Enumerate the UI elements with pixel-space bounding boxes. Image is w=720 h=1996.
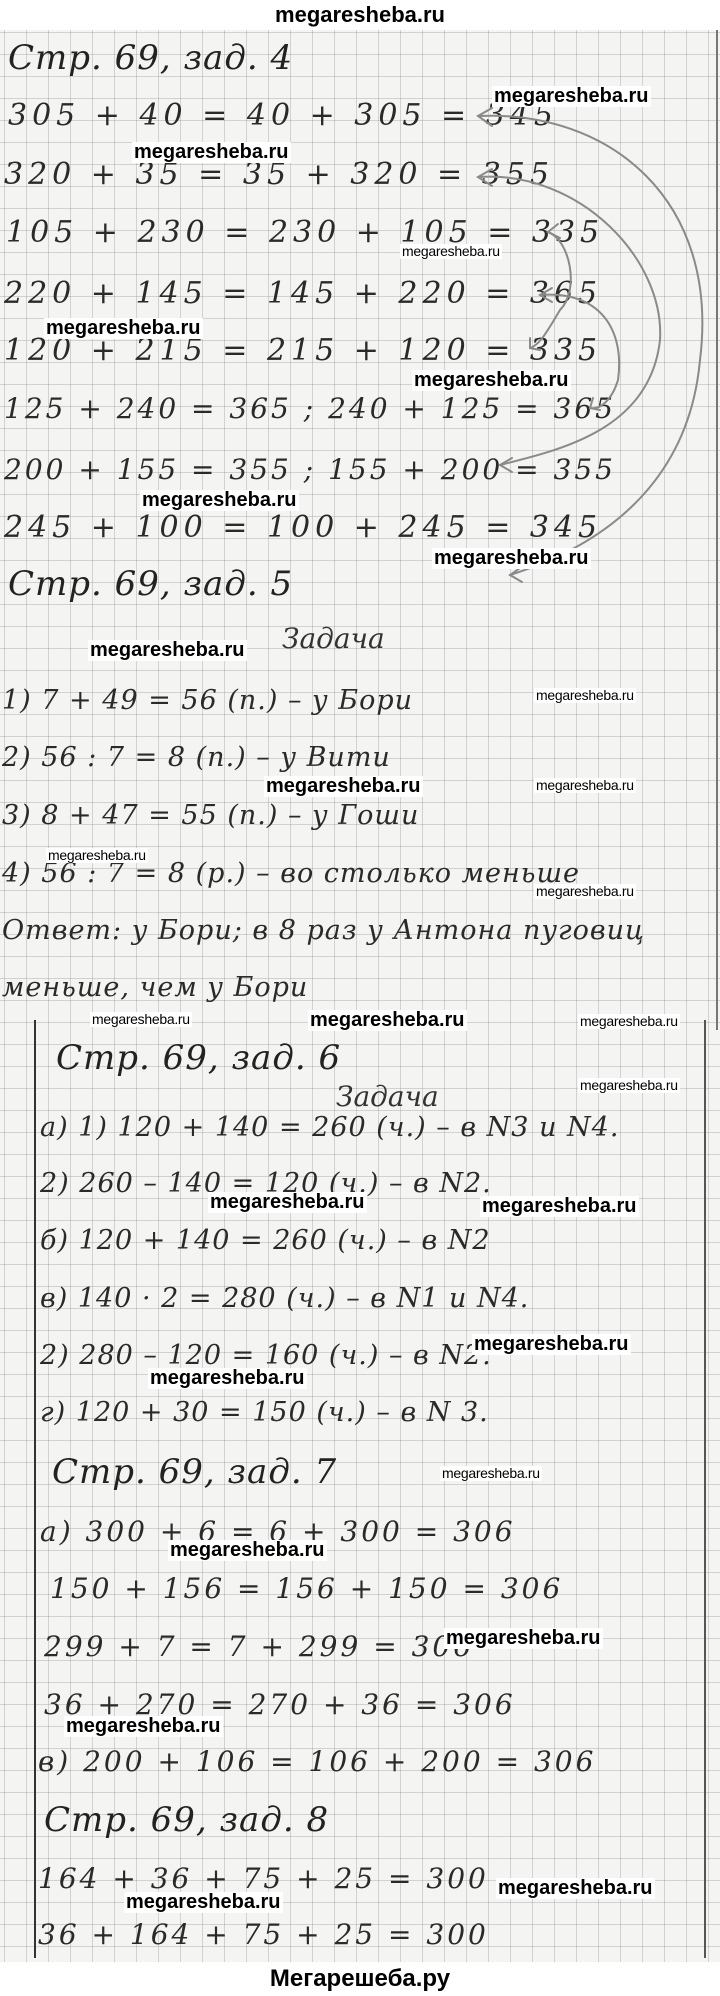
watermark: megaresheba.ru [308, 1010, 467, 1031]
watermark: megaresheba.ru [44, 318, 203, 339]
watermark: megaresheba.ru [64, 1716, 223, 1737]
watermark: megaresheba.ru [124, 1892, 283, 1913]
watermark: megaresheba.ru [46, 848, 148, 863]
watermark: megaresheba.ru [168, 1540, 327, 1561]
task8-heading: Стр. 69, зад. 8 [44, 1800, 329, 1840]
task6-step: б) 120 + 140 = 260 (ч.) – в N2 [40, 1225, 491, 1256]
watermark: megaresheba.ru [208, 1192, 367, 1213]
task5-heading: Стр. 69, зад. 5 [8, 564, 293, 604]
task5-step: 2) 56 : 7 = 8 (п.) – у Вити [2, 742, 391, 773]
watermark: megaresheba.ru [472, 1334, 631, 1355]
task7-heading: Стр. 69, зад. 7 [52, 1452, 337, 1492]
task8-line: 36 + 164 + 75 + 25 = 300 [38, 1918, 489, 1951]
watermark: megaresheba.ru [90, 1012, 192, 1027]
watermark: megaresheba.ru [432, 548, 591, 569]
task5-subtitle: Задача [282, 622, 385, 655]
watermark: megaresheba.ru [480, 1196, 639, 1217]
watermark: megaresheba.ru [444, 1628, 603, 1649]
task6-step: а) 1) 120 + 140 = 260 (ч.) – в N3 и N4. [40, 1112, 619, 1143]
task5-answer: Ответ: у Бори; в 8 раз у Антона пуговиц [2, 915, 645, 946]
task5-step: 3) 8 + 47 = 55 (п.) – у Гоши [2, 800, 419, 831]
watermark: megaresheba.ru [412, 370, 571, 391]
watermark: megaresheba.ru [264, 776, 423, 797]
watermark: megaresheba.ru [578, 1078, 680, 1093]
watermark: megaresheba.ru [440, 1466, 542, 1481]
task6-step: в) 140 · 2 = 280 (ч.) – в N1 и N4. [40, 1283, 529, 1314]
watermark: megaresheba.ru [534, 688, 636, 703]
task5-answer: меньше, чем у Бори [2, 972, 308, 1003]
watermark: megaresheba.ru [534, 884, 636, 899]
task5-step: 1) 7 + 49 = 56 (п.) – у Бори [2, 685, 413, 716]
watermark: megaresheba.ru [400, 244, 502, 259]
watermark: megaresheba.ru [132, 142, 291, 163]
watermark: megaresheba.ru [578, 1014, 680, 1029]
watermark: megaresheba.ru [148, 1368, 307, 1389]
task7-line: 299 + 7 = 7 + 299 = 306 [44, 1630, 474, 1663]
task7-line: 150 + 156 = 156 + 150 = 306 [50, 1572, 563, 1605]
task6-step: г) 120 + 30 = 150 (ч.) – в N 3. [40, 1397, 489, 1428]
watermark: megaresheba.ru [88, 640, 247, 661]
watermark: megaresheba.ru [496, 1878, 655, 1899]
task6-subtitle: Задача [336, 1080, 439, 1113]
task6-heading: Стр. 69, зад. 6 [56, 1038, 341, 1078]
site-footer: Мегарешеба.ру [0, 1962, 720, 1996]
watermark: megaresheba.ru [140, 490, 299, 511]
watermark: megaresheba.ru [534, 778, 636, 793]
watermark: megaresheba.ru [492, 86, 651, 107]
task7-line: в) 200 + 106 = 106 + 200 = 306 [38, 1745, 596, 1778]
